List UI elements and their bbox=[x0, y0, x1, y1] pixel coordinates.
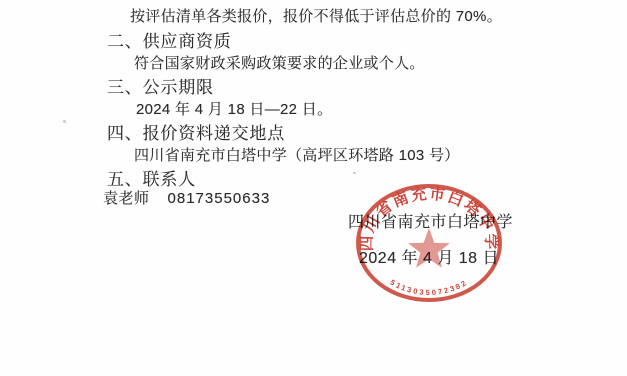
official-seal-stamp: 四川省南充市白塔中学 5113035072382 bbox=[349, 180, 509, 306]
scanned-document-page: 按评估清单各类报价，报价不得低于评估总价的 70%。 二、供应商资质 符合国家财… bbox=[0, 0, 627, 376]
section-heading-publicity-period: 三、公示期限 bbox=[107, 77, 214, 98]
contact-line: 袁老师08173550633 bbox=[103, 190, 270, 209]
delivery-address-line: 四川省南充市白塔中学（高坪区环塔路 103 号） bbox=[134, 147, 460, 166]
publicity-period-line: 2024 年 4 月 18 日—22 日。 bbox=[136, 101, 332, 120]
scan-speck bbox=[63, 120, 66, 123]
star-icon bbox=[408, 228, 450, 268]
contact-phone: 08173550633 bbox=[168, 190, 271, 207]
quote-requirement-line: 按评估清单各类报价，报价不得低于评估总价的 70%。 bbox=[130, 8, 502, 27]
contact-name: 袁老师 bbox=[103, 190, 150, 207]
section-heading-supplier-qualification: 二、供应商资质 bbox=[107, 31, 232, 52]
scan-speck bbox=[353, 172, 356, 174]
supplier-qualification-line: 符合国家财政采购政策要求的企业或个人。 bbox=[134, 55, 425, 74]
section-heading-contact: 五、联系人 bbox=[107, 169, 196, 190]
section-heading-delivery-address: 四、报价资料递交地点 bbox=[107, 123, 285, 144]
